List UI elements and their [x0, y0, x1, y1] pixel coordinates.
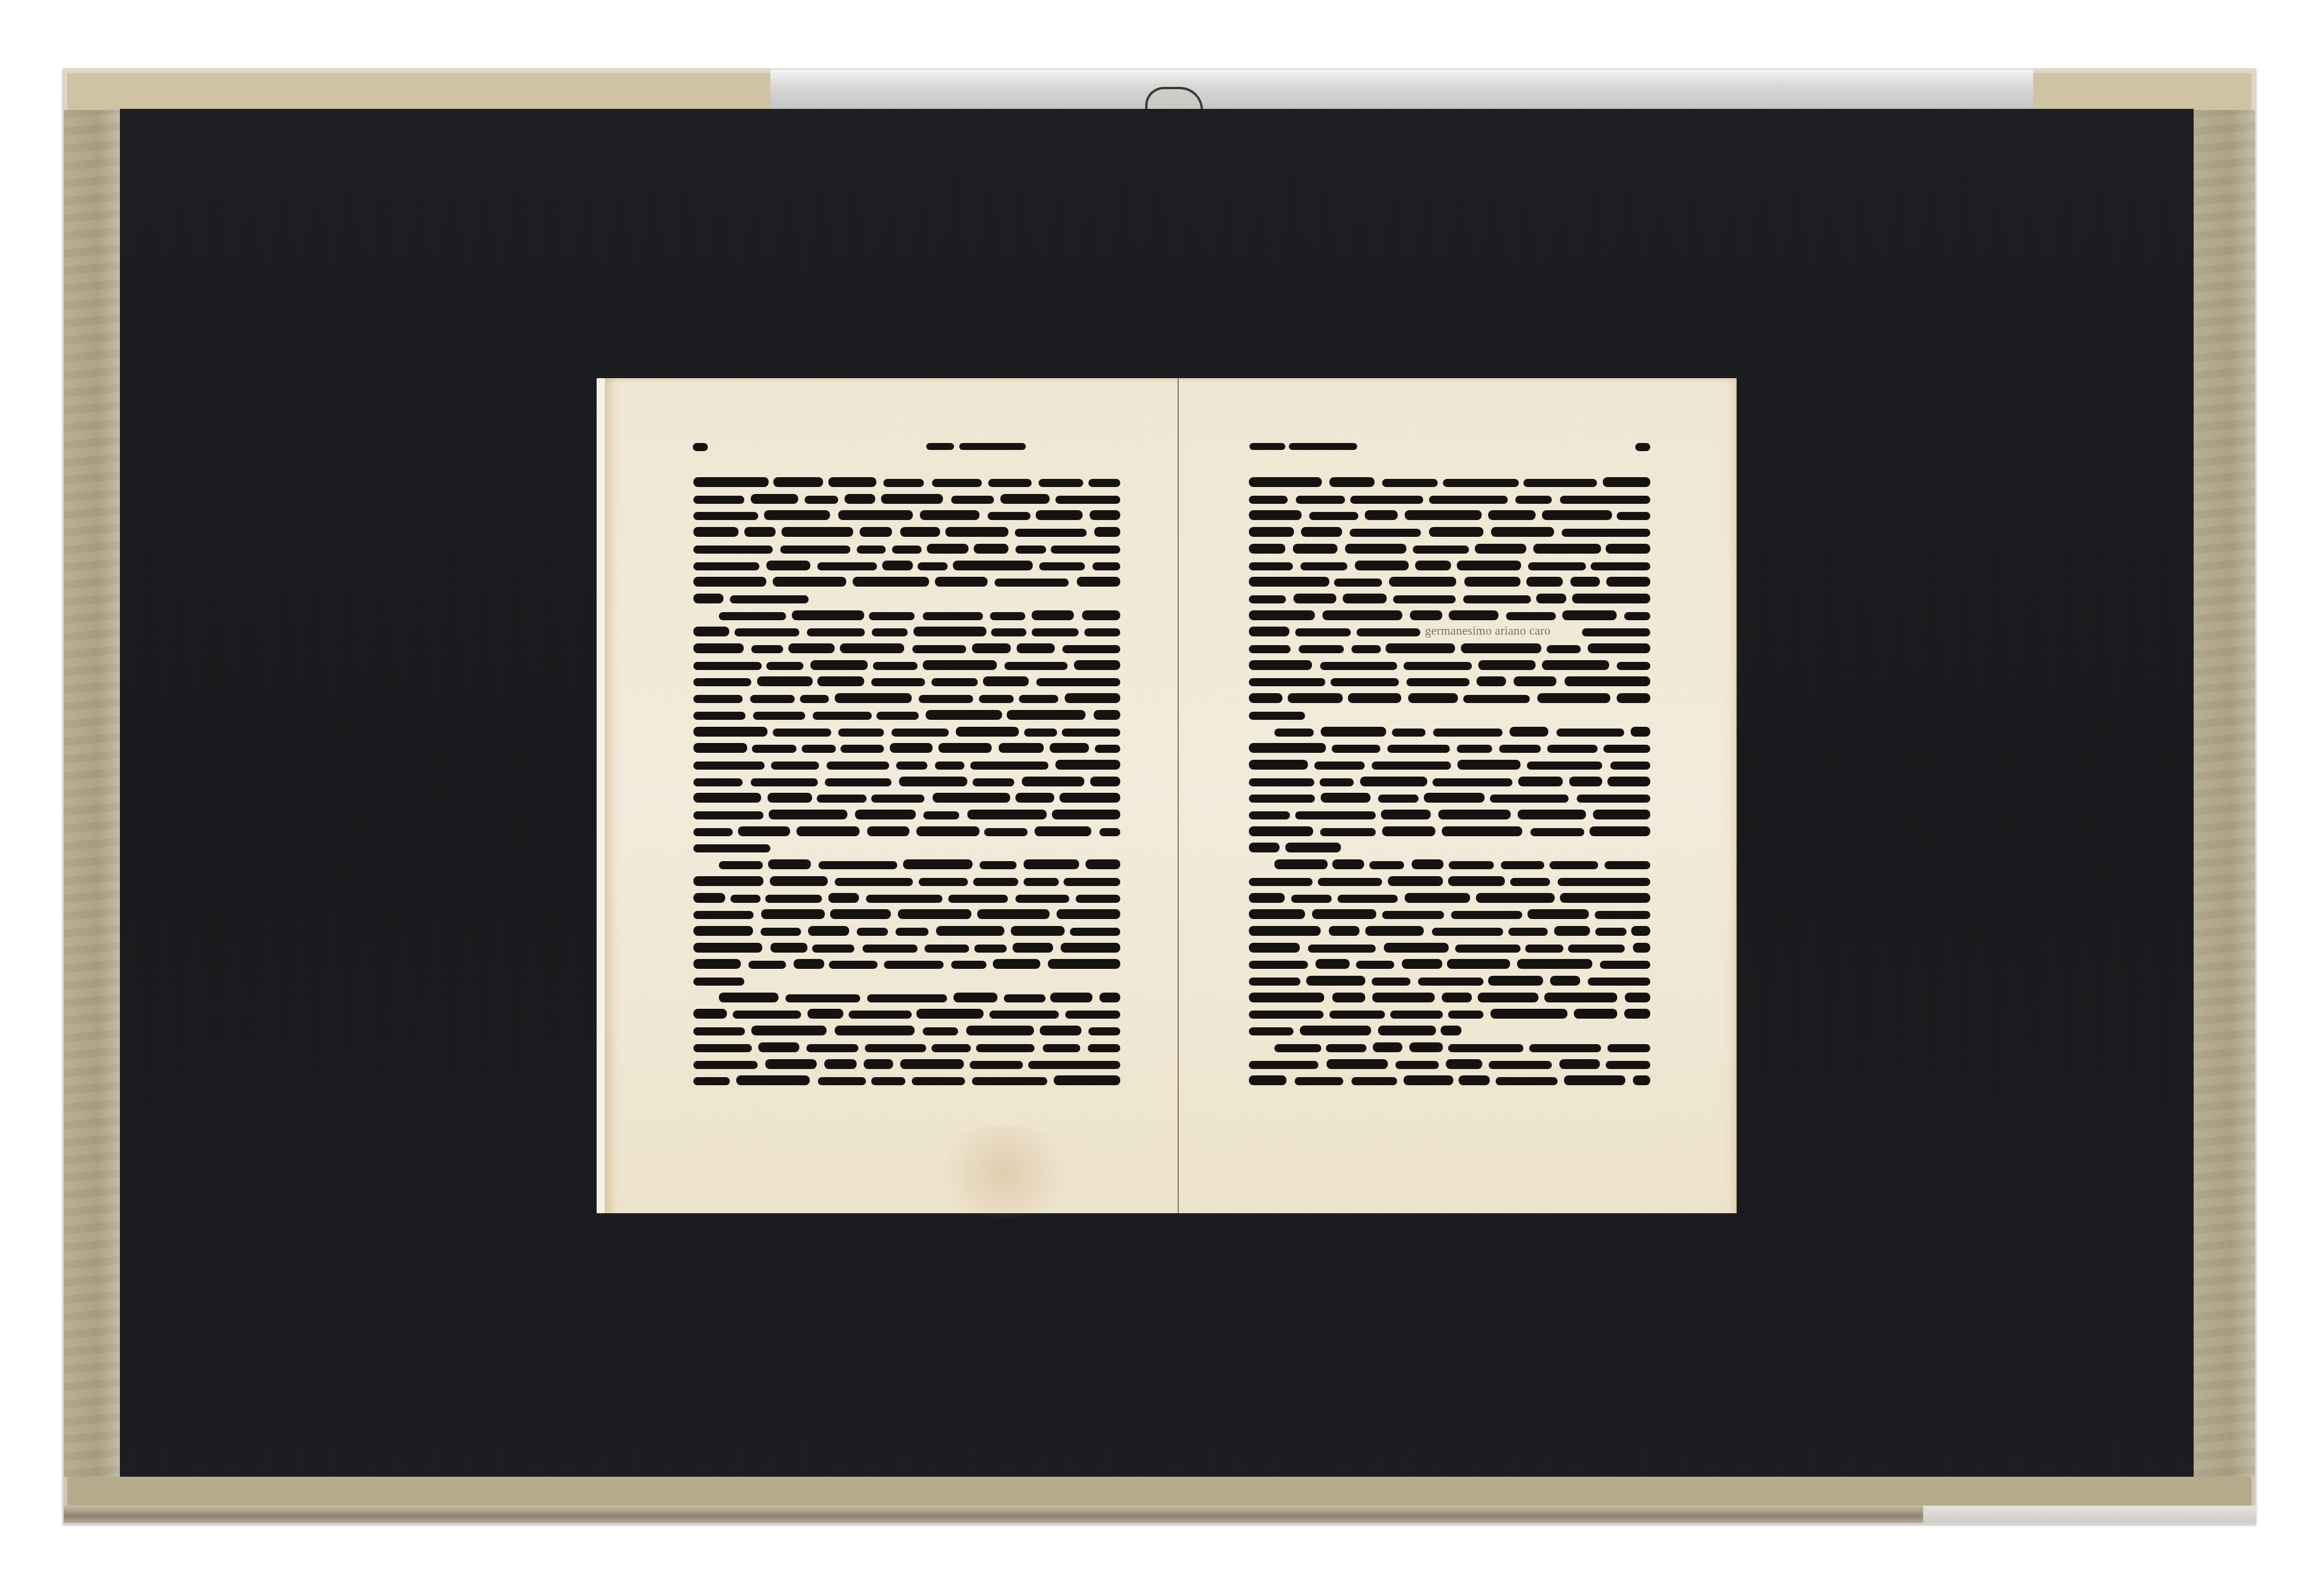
foxing-stain — [929, 1125, 1080, 1218]
ink-cancellation-bar — [1404, 662, 1472, 670]
ink-cancellation-bar — [1527, 762, 1603, 770]
ink-cancellation-bar — [899, 777, 967, 786]
ink-cancellation-bar — [1624, 612, 1650, 620]
cancelled-text-line — [693, 661, 1120, 671]
ink-cancellation-bar — [1533, 544, 1601, 554]
cancelled-text-line — [1249, 677, 1650, 687]
frame-left-edge — [64, 110, 120, 1477]
cancelled-text-line — [1249, 927, 1650, 937]
ink-cancellation-bar — [1249, 577, 1329, 587]
ink-cancellation-bar — [719, 861, 763, 869]
ink-cancellation-bar — [916, 826, 980, 836]
ink-cancellation-bar — [1015, 793, 1054, 803]
ink-cancellation-bar — [1249, 878, 1313, 886]
ink-cancellation-bar — [693, 978, 744, 986]
ink-cancellation-bar — [990, 612, 1025, 620]
ink-cancellation-bar — [884, 961, 944, 969]
ink-cancellation-bar — [1442, 826, 1522, 836]
ink-cancellation-bar — [752, 745, 796, 753]
cancelled-text-line — [1249, 827, 1650, 837]
ink-cancellation-bar — [1402, 959, 1442, 969]
ink-cancellation-bar — [838, 510, 913, 520]
ink-cancellation-bar — [855, 810, 915, 819]
ink-cancellation-bar — [1326, 1044, 1367, 1052]
ink-cancellation-bar — [758, 1042, 799, 1052]
cancelled-text-line — [693, 827, 1120, 837]
ink-cancellation-bar — [1560, 893, 1650, 903]
ink-cancellation-bar — [1017, 643, 1055, 653]
ink-cancellation-bar — [1028, 1061, 1120, 1069]
ink-cancellation-bar — [788, 643, 835, 653]
cancelled-text-line — [693, 976, 744, 987]
ink-cancellation-bar — [1011, 926, 1065, 936]
ink-cancellation-bar — [1000, 494, 1050, 504]
ink-cancellation-bar — [923, 1027, 958, 1035]
ink-cancellation-bar — [770, 943, 807, 953]
ink-cancellation-bar — [1373, 1042, 1402, 1052]
ink-cancellation-bar — [926, 710, 1002, 720]
ink-cancellation-bar — [835, 878, 913, 886]
cancelled-text-line — [1249, 644, 1650, 654]
ink-cancellation-bar — [1314, 762, 1365, 770]
ink-cancellation-bar — [891, 729, 949, 737]
ink-cancellation-bar — [744, 527, 776, 537]
ink-cancellation-bar — [1389, 577, 1456, 587]
ink-cancellation-bar — [1249, 610, 1315, 620]
cancelled-text-line — [693, 511, 1120, 521]
cancelled-text-line — [1249, 943, 1650, 954]
ink-cancellation-bar — [1369, 861, 1404, 869]
cancelled-text-line — [693, 594, 809, 605]
ink-cancellation-bar — [1556, 729, 1624, 737]
ink-cancellation-bar — [693, 577, 766, 587]
ink-cancellation-bar — [1558, 878, 1650, 886]
ink-cancellation-bar — [991, 628, 1026, 636]
ink-cancellation-bar — [988, 479, 1032, 487]
ink-cancellation-bar — [972, 1077, 1047, 1085]
ink-cancellation-bar — [817, 676, 864, 686]
ink-cancellation-bar — [1405, 893, 1471, 903]
ink-cancellation-bar — [751, 778, 818, 786]
ink-cancellation-bar — [966, 1026, 1034, 1035]
ink-cancellation-bar — [993, 959, 1041, 969]
ink-cancellation-bar — [1457, 561, 1521, 570]
ink-cancellation-bar — [953, 993, 997, 1002]
cancelled-text-line — [1249, 1060, 1650, 1070]
ink-cancellation-bar — [835, 693, 912, 703]
ink-cancellation-bar — [931, 1044, 971, 1052]
ink-cancellation-bar — [719, 612, 786, 620]
ink-cancellation-bar — [1249, 743, 1326, 753]
ink-cancellation-bar — [1527, 909, 1589, 919]
ink-cancellation-bar — [1582, 628, 1650, 636]
ink-cancellation-bar — [1633, 1075, 1650, 1085]
ink-cancellation-bar — [1288, 693, 1343, 703]
ink-cancellation-bar — [1315, 959, 1350, 969]
ink-cancellation-bar — [806, 1044, 858, 1052]
ink-cancellation-bar — [1334, 579, 1382, 587]
cancelled-text-line — [1249, 528, 1650, 538]
ink-cancellation-bar — [900, 527, 940, 537]
ink-cancellation-bar — [1382, 479, 1438, 487]
ink-cancellation-bar — [838, 729, 884, 737]
ink-cancellation-bar — [876, 712, 919, 720]
ink-cancellation-bar — [1382, 826, 1435, 836]
ink-cancellation-bar — [1274, 859, 1328, 869]
open-book: germanesimo ariano caro — [597, 378, 1737, 1213]
ink-cancellation-bar — [1488, 976, 1543, 986]
ink-cancellation-bar — [1312, 909, 1376, 919]
ink-cancellation-bar — [1392, 729, 1426, 737]
ink-cancellation-bar — [927, 544, 969, 554]
ink-cancellation-bar — [1365, 510, 1398, 520]
ink-cancellation-bar — [1624, 1009, 1650, 1019]
cancelled-text-line — [1249, 611, 1650, 621]
ink-cancellation-bar — [761, 928, 801, 936]
ink-cancellation-bar — [768, 793, 812, 803]
ink-cancellation-bar — [693, 1009, 727, 1019]
ink-cancellation-bar — [1331, 678, 1399, 686]
ink-cancellation-bar — [1442, 993, 1472, 1002]
cancelled-text-line — [1249, 478, 1650, 488]
ink-cancellation-bar — [817, 562, 877, 570]
ink-cancellation-bar — [1449, 861, 1494, 869]
ink-cancellation-bar — [923, 612, 984, 620]
ink-cancellation-bar — [1329, 1011, 1386, 1019]
ink-cancellation-bar — [1062, 645, 1120, 653]
right-page: germanesimo ariano caro — [1178, 378, 1737, 1213]
ink-cancellation-bar — [1351, 645, 1381, 653]
ink-cancellation-bar — [1055, 496, 1120, 504]
cancelled-text-line — [1249, 1026, 1461, 1037]
cancelled-text-line — [1249, 910, 1650, 920]
ink-cancellation-bar — [1249, 1061, 1318, 1069]
ink-cancellation-bar — [1631, 926, 1650, 936]
ink-cancellation-bar — [995, 579, 1069, 587]
ink-cancellation-bar — [871, 1077, 905, 1085]
ink-cancellation-bar — [1605, 861, 1650, 869]
ink-cancellation-bar — [857, 928, 888, 936]
ink-cancellation-bar — [693, 1077, 730, 1085]
ink-cancellation-bar — [1285, 843, 1342, 852]
ink-cancellation-bar — [1057, 909, 1120, 919]
ink-cancellation-bar — [1455, 945, 1521, 953]
ink-cancellation-bar — [1356, 961, 1394, 969]
ink-cancellation-bar — [1249, 527, 1294, 537]
ink-cancellation-bar — [1094, 527, 1120, 537]
ink-cancellation-bar — [1429, 496, 1508, 504]
ink-cancellation-bar — [919, 695, 973, 703]
ink-cancellation-bar — [1249, 1027, 1293, 1035]
ink-cancellation-bar — [1378, 1026, 1435, 1035]
ink-cancellation-bar — [719, 993, 779, 1002]
ink-cancellation-bar — [693, 562, 759, 570]
ink-cancellation-bar — [693, 512, 758, 520]
ink-cancellation-bar — [1382, 911, 1443, 919]
ink-cancellation-bar — [1448, 876, 1505, 886]
ink-cancellation-bar — [1293, 594, 1336, 603]
ink-cancellation-bar — [1457, 745, 1492, 753]
ink-cancellation-bar — [864, 1059, 893, 1069]
ink-cancellation-bar — [1478, 660, 1536, 670]
ink-cancellation-bar — [918, 562, 948, 570]
ink-cancellation-bar — [693, 695, 743, 703]
ink-cancellation-bar — [1544, 993, 1617, 1002]
ink-cancellation-bar — [1088, 1027, 1120, 1035]
ink-cancellation-bar — [1320, 778, 1354, 786]
ink-cancellation-bar — [1554, 926, 1590, 936]
ink-cancellation-bar — [1432, 928, 1503, 936]
ink-cancellation-bar — [1036, 510, 1083, 520]
cancelled-text-line — [1249, 976, 1650, 987]
ink-cancellation-bar — [693, 844, 770, 852]
ink-cancellation-bar — [1593, 810, 1650, 819]
ink-cancellation-bar — [1550, 976, 1580, 986]
ink-cancellation-bar — [693, 743, 747, 753]
cancelled-text-line — [693, 711, 1120, 721]
ink-cancellation-bar — [818, 861, 897, 869]
left-page — [597, 378, 1178, 1213]
ink-cancellation-bar — [1249, 843, 1280, 852]
ink-cancellation-bar — [1457, 760, 1521, 770]
ink-cancellation-bar — [1360, 777, 1427, 786]
cancelled-text-line — [1249, 993, 1650, 1004]
cancelled-text-line — [1249, 511, 1650, 521]
ink-cancellation-bar — [1415, 561, 1450, 570]
ink-cancellation-bar — [1040, 1026, 1081, 1035]
ink-cancellation-bar — [1526, 577, 1563, 587]
ink-cancellation-bar — [853, 577, 930, 587]
ink-cancellation-bar — [1345, 544, 1406, 554]
ink-cancellation-bar — [919, 878, 968, 886]
ink-cancellation-bar — [1408, 693, 1458, 703]
ink-cancellation-bar — [765, 1059, 817, 1069]
cancelled-text-line — [693, 495, 1120, 505]
cancelled-text-line — [693, 561, 1120, 572]
ink-cancellation-bar — [1572, 594, 1650, 603]
uncancelled-words: germanesimo ariano caro — [1425, 625, 1551, 636]
ink-cancellation-bar — [1547, 645, 1581, 653]
running-head-cancelled — [926, 443, 954, 450]
ink-cancellation-bar — [1547, 745, 1598, 753]
ink-cancellation-bar — [1004, 662, 1068, 670]
cancelled-text-line — [693, 843, 770, 854]
ink-cancellation-bar — [865, 1044, 926, 1052]
ink-cancellation-bar — [1074, 660, 1120, 670]
cancelled-text-line — [693, 1009, 1120, 1020]
ink-cancellation-bar — [840, 745, 884, 753]
ink-cancellation-bar — [913, 627, 986, 636]
ink-cancellation-bar — [693, 712, 745, 720]
page-number-mark — [1635, 443, 1650, 451]
ink-cancellation-bar — [1390, 1011, 1443, 1019]
ink-cancellation-bar — [1249, 893, 1285, 903]
ink-cancellation-bar — [1050, 993, 1092, 1002]
ink-cancellation-bar — [970, 1061, 1023, 1069]
ink-cancellation-bar — [1090, 777, 1120, 786]
ink-cancellation-bar — [951, 961, 986, 969]
ink-cancellation-bar — [1386, 643, 1454, 653]
cancelled-text-line — [693, 528, 1120, 538]
ink-cancellation-bar — [1090, 510, 1120, 520]
ink-cancellation-bar — [1309, 512, 1358, 520]
cancelled-text-line — [1249, 1009, 1650, 1020]
ink-cancellation-bar — [999, 743, 1044, 753]
ink-cancellation-bar — [792, 610, 864, 620]
cancelled-text-line — [1249, 711, 1305, 721]
ink-cancellation-bar — [807, 628, 864, 636]
cancelled-text-line — [693, 877, 1120, 887]
ink-cancellation-bar — [989, 1011, 1059, 1019]
ink-cancellation-bar — [980, 861, 1017, 869]
ink-cancellation-bar — [1525, 945, 1563, 953]
ink-cancellation-bar — [867, 826, 909, 836]
ink-cancellation-bar — [693, 926, 753, 936]
ink-cancellation-bar — [979, 695, 1014, 703]
ink-cancellation-bar — [1095, 745, 1120, 753]
ink-cancellation-bar — [1463, 595, 1531, 603]
ink-cancellation-bar — [1295, 811, 1376, 819]
ink-cancellation-bar — [693, 793, 761, 803]
ink-cancellation-bar — [1088, 1044, 1120, 1052]
ink-cancellation-bar — [1405, 510, 1482, 520]
ink-cancellation-bar — [1249, 510, 1302, 520]
cancelled-text-line — [1249, 594, 1650, 605]
ink-cancellation-bar — [1518, 777, 1562, 786]
ink-cancellation-bar — [1249, 760, 1308, 770]
ink-cancellation-bar — [881, 494, 943, 504]
cancelled-text-line — [1249, 760, 1650, 771]
ink-cancellation-bar — [1019, 695, 1058, 703]
cancelled-text-line — [693, 793, 1120, 804]
ink-cancellation-bar — [766, 662, 803, 670]
ink-cancellation-bar — [1274, 729, 1314, 737]
ink-cancellation-bar — [1348, 693, 1401, 703]
ink-cancellation-bar — [1499, 745, 1541, 753]
ink-cancellation-bar — [1565, 676, 1650, 686]
ink-cancellation-bar — [1395, 1061, 1439, 1069]
ink-cancellation-bar — [1274, 1044, 1321, 1052]
ink-cancellation-bar — [936, 926, 1004, 936]
ink-cancellation-bar — [882, 561, 912, 570]
ink-cancellation-bar — [1606, 1061, 1650, 1069]
ink-cancellation-bar — [948, 895, 1007, 903]
ink-cancellation-bar — [693, 727, 768, 737]
cancelled-text-line — [1249, 744, 1650, 754]
ink-cancellation-bar — [1372, 762, 1451, 770]
ink-cancellation-bar — [1082, 610, 1120, 620]
ink-cancellation-bar — [869, 612, 915, 620]
ink-cancellation-bar — [733, 1011, 801, 1019]
ink-cancellation-bar — [1570, 577, 1600, 587]
ink-cancellation-bar — [974, 945, 1007, 953]
ink-cancellation-bar — [1625, 993, 1650, 1002]
ink-cancellation-bar — [938, 743, 992, 753]
ink-cancellation-bar — [1301, 527, 1342, 537]
ink-cancellation-bar — [693, 762, 765, 770]
ink-cancellation-bar — [751, 494, 798, 504]
cancelled-text-line — [719, 860, 1120, 870]
ink-cancellation-bar — [1574, 1009, 1617, 1019]
cancelled-text-line — [1249, 810, 1650, 821]
ink-cancellation-bar — [1475, 544, 1526, 554]
ink-cancellation-bar — [1569, 777, 1602, 786]
cancelled-text-line — [1249, 577, 1650, 588]
ink-cancellation-bar — [972, 643, 1010, 653]
ink-cancellation-bar — [1035, 826, 1091, 836]
ink-cancellation-bar — [1424, 793, 1485, 803]
cancelled-text-line — [693, 644, 1120, 654]
ink-cancellation-bar — [1447, 959, 1510, 969]
ink-cancellation-bar — [983, 676, 1029, 686]
ink-cancellation-bar — [1249, 595, 1286, 603]
ink-cancellation-bar — [1249, 778, 1314, 786]
cancelled-text-line — [693, 760, 1120, 771]
ink-cancellation-bar — [781, 527, 853, 537]
ink-cancellation-bar — [1461, 643, 1542, 653]
ink-cancellation-bar — [1387, 745, 1450, 753]
ink-cancellation-bar — [931, 678, 978, 686]
ink-cancellation-bar — [1372, 978, 1410, 986]
ink-cancellation-bar — [1024, 859, 1079, 869]
cancelled-text-line — [693, 894, 1120, 904]
ink-cancellation-bar — [693, 527, 739, 537]
ink-cancellation-bar — [1490, 1009, 1567, 1019]
ink-cancellation-bar — [1249, 909, 1305, 919]
cancelled-text-line — [693, 927, 1120, 937]
ink-cancellation-bar — [933, 793, 1010, 803]
ink-cancellation-bar — [1249, 826, 1313, 836]
ink-cancellation-bar — [693, 546, 773, 554]
ink-cancellation-bar — [766, 561, 810, 570]
frame-bottom-clear-segment — [1923, 1506, 2256, 1523]
ink-cancellation-bar — [1542, 510, 1612, 520]
ink-cancellation-bar — [1295, 628, 1351, 636]
ink-cancellation-bar — [693, 876, 763, 886]
ink-cancellation-bar — [1441, 1026, 1461, 1035]
ink-cancellation-bar — [796, 826, 860, 836]
ink-cancellation-bar — [976, 1044, 1035, 1052]
ink-cancellation-bar — [1429, 527, 1483, 537]
ink-cancellation-bar — [1295, 1077, 1344, 1085]
ink-cancellation-bar — [1249, 993, 1324, 1002]
cancelled-text-line — [1249, 877, 1650, 887]
ink-cancellation-bar — [1536, 594, 1566, 603]
ink-cancellation-bar — [1617, 662, 1650, 670]
ink-cancellation-bar — [828, 477, 876, 487]
ink-cancellation-bar — [1477, 676, 1506, 686]
ink-cancellation-bar — [1032, 610, 1075, 620]
ink-cancellation-bar — [1357, 628, 1420, 636]
ink-cancellation-bar — [967, 810, 1047, 819]
ink-cancellation-bar — [1603, 745, 1650, 753]
ink-cancellation-bar — [1329, 477, 1375, 487]
ink-cancellation-bar — [751, 1026, 827, 1035]
ink-cancellation-bar — [773, 477, 823, 487]
ink-cancellation-bar — [1562, 529, 1650, 537]
ink-cancellation-bar — [1249, 943, 1300, 953]
ink-cancellation-bar — [693, 811, 763, 819]
ink-cancellation-bar — [771, 762, 819, 770]
ink-cancellation-bar — [1381, 810, 1430, 819]
ink-cancellation-bar — [807, 1009, 843, 1019]
ink-cancellation-bar — [1024, 878, 1058, 886]
ink-cancellation-bar — [1409, 1042, 1443, 1052]
ink-cancellation-bar — [912, 645, 967, 653]
ink-cancellation-bar — [773, 577, 846, 587]
cancelled-text-line — [719, 993, 1120, 1004]
ink-cancellation-bar — [1610, 762, 1650, 770]
